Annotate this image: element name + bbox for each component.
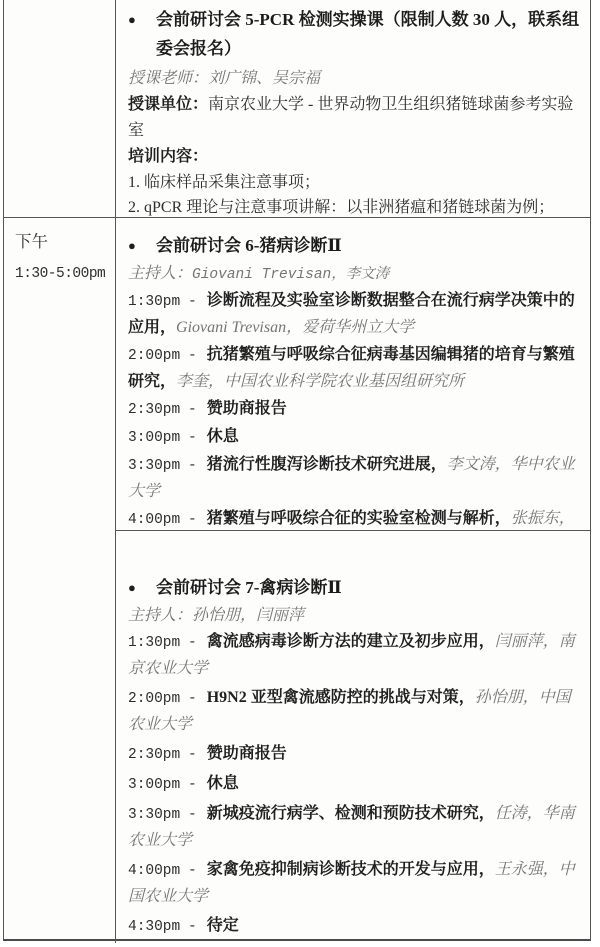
agenda-title: 猪繁殖与呼吸综合征的实验室检测与解析， [207, 510, 511, 527]
agenda-item: 4:00pm-猪繁殖与呼吸综合征的实验室检测与解析，张振东，扬州大学 [128, 506, 580, 531]
agenda-time: 2:00pm [128, 686, 182, 712]
agenda-time: 2:30pm [128, 742, 182, 768]
dash-separator: - [188, 512, 197, 528]
dash-separator: - [188, 458, 197, 474]
agenda-title: 禽流感病毒诊断方法的建立及初步应用， [207, 633, 495, 650]
agenda-item: 4:30pm-待定 [128, 913, 580, 940]
agenda-title: H9N2 亚型禽流感防控的挑战与对策， [207, 689, 475, 706]
afternoon-sessions-column: ● 会前研讨会 6-猪病诊断Ⅱ 主持人：Giovani Trevisan，李文涛… [116, 218, 590, 943]
workshop5-org-line: 授课单位：南京农业大学 - 世界动物卫生组织猪链球菌参考实验室 [128, 92, 580, 144]
agenda-speaker: Giovani Trevisan，爱荷华州立大学 [176, 319, 414, 336]
agenda-title: 猪流行性腹泻诊断技术研究进展， [207, 456, 447, 473]
bullet-icon: ● [128, 5, 156, 34]
dash-separator: - [188, 430, 197, 446]
agenda-title: 赞助商报告 [207, 400, 287, 417]
period-label: 下午 [15, 230, 109, 254]
agenda-title: 待定 [207, 917, 239, 934]
dash-separator: - [188, 635, 197, 651]
training-item: 1. 临床样品采集注意事项； [128, 170, 580, 195]
workshop6-title: 会前研讨会 6-猪病诊断Ⅱ [156, 231, 580, 260]
agenda-time: 3:30pm [128, 802, 182, 828]
workshop5-teachers-line: 授课老师：刘广锦、吴宗福 [128, 66, 580, 92]
schedule-row-pcr-workshop: ● 会前研讨会 5-PCR 检测实操课（限制人数 30 人，联系组委会报名） 授… [4, 0, 590, 218]
agenda-item: 1:30pm-诊断流程及实验室诊断数据整合在流行病学决策中的应用，Giovani… [128, 288, 580, 341]
workshop7-header: ● 会前研讨会 7-禽病诊断Ⅱ [128, 573, 580, 602]
workshop6-cell: ● 会前研讨会 6-猪病诊断Ⅱ 主持人：Giovani Trevisan，李文涛… [116, 218, 590, 531]
agenda-time: 3:00pm [128, 425, 182, 451]
workshop6-chairs-line: 主持人：Giovani Trevisan，李文涛 [128, 261, 580, 288]
workshop7-cell: ● 会前研讨会 7-禽病诊断Ⅱ 主持人：孙怡朋，闫丽萍 1:30pm-禽流感病毒… [116, 531, 590, 943]
dash-separator: - [188, 777, 197, 793]
workshop7-chairs-line: 主持人：孙怡朋，闫丽萍 [128, 603, 580, 629]
dash-separator: - [188, 691, 197, 707]
dash-separator: - [188, 348, 197, 364]
training-item: 2. qPCR 理论与注意事项讲解：以非洲猪瘟和猪链球菌为例； [128, 195, 580, 217]
dash-separator: - [188, 747, 197, 763]
agenda-speaker: 李奎，中国农业科学院农业基因组研究所 [176, 373, 464, 390]
agenda-title: 赞助商报告 [207, 745, 287, 762]
time-range-label: 1:30-5:00pm [15, 266, 109, 282]
agenda-title: 休息 [207, 428, 239, 445]
agenda-item: 2:00pm-抗猪繁殖与呼吸综合征病毒基因编辑猪的培育与繁殖研究，李奎，中国农业… [128, 342, 580, 395]
agenda-item: 3:30pm-新城疫流行病学、检测和预防技术研究，任涛，华南农业大学 [128, 801, 580, 854]
teacher-names: 刘广锦、吴宗福 [208, 70, 320, 87]
org-label: 授课单位： [128, 96, 208, 113]
agenda-time: 3:00pm [128, 772, 182, 798]
agenda-item: 3:00pm-休息 [128, 771, 580, 798]
dash-separator: - [188, 294, 197, 310]
agenda-time: 1:30pm [128, 289, 182, 315]
workshop6-content: ● 会前研讨会 6-猪病诊断Ⅱ 主持人：Giovani Trevisan，李文涛… [128, 218, 580, 531]
dash-separator: - [188, 402, 197, 418]
agenda-item: 4:00pm-家禽免疫抑制病诊断技术的开发与应用，王永强，中国农业大学 [128, 857, 580, 910]
agenda-item: 2:30pm-赞助商报告 [128, 741, 580, 768]
workshop7-title: 会前研讨会 7-禽病诊断Ⅱ [156, 573, 580, 602]
schedule-table: ● 会前研讨会 5-PCR 检测实操课（限制人数 30 人，联系组委会报名） 授… [3, 0, 591, 941]
agenda-item: 2:00pm-H9N2 亚型禽流感防控的挑战与对策，孙怡朋，中国农业大学 [128, 685, 580, 738]
agenda-item: 2:30pm-赞助商报告 [128, 396, 580, 423]
agenda-item: 3:30pm-猪流行性腹泻诊断技术研究进展，李文涛，华中农业大学 [128, 452, 580, 505]
agenda-title: 新城疫流行病学、检测和预防技术研究， [207, 805, 495, 822]
agenda-time: 3:30pm [128, 453, 182, 479]
workshop5-title: 会前研讨会 5-PCR 检测实操课（限制人数 30 人，联系组委会报名） [156, 5, 580, 63]
workshop5-content-label-line: 培训内容： [128, 144, 580, 170]
agenda-item: 1:30pm-禽流感病毒诊断方法的建立及初步应用，闫丽萍，南京农业大学 [128, 629, 580, 682]
teacher-label: 授课老师： [128, 70, 208, 87]
workshop5-header: ● 会前研讨会 5-PCR 检测实操课（限制人数 30 人，联系组委会报名） [128, 5, 580, 63]
dash-separator: - [188, 863, 197, 879]
agenda-time: 4:30pm [128, 914, 182, 940]
workshop6-header: ● 会前研讨会 6-猪病诊断Ⅱ [128, 231, 580, 260]
chair-names: Giovani Trevisan，李文涛 [192, 267, 389, 283]
afternoon-time-cell: 下午 1:30-5:00pm [4, 218, 116, 943]
dash-separator: - [188, 807, 197, 823]
document-page: { "glyphs": { "bullet": "●", "dash": "-"… [0, 0, 600, 947]
schedule-row-afternoon: 下午 1:30-5:00pm ● 会前研讨会 6-猪病诊断Ⅱ 主持人：Giova… [4, 218, 590, 943]
chair-names: 孙怡朋，闫丽萍 [192, 607, 304, 624]
content-label: 培训内容： [128, 148, 208, 165]
time-cell-empty [4, 0, 116, 217]
workshop5-cell: ● 会前研讨会 5-PCR 检测实操课（限制人数 30 人，联系组委会报名） 授… [116, 0, 590, 217]
agenda-item: 3:00pm-休息 [128, 424, 580, 451]
agenda-title: 休息 [207, 775, 239, 792]
dash-separator: - [188, 919, 197, 935]
agenda-time: 4:00pm [128, 858, 182, 884]
agenda-time: 1:30pm [128, 630, 182, 656]
agenda-time: 2:00pm [128, 343, 182, 369]
chair-label: 主持人： [128, 265, 192, 282]
agenda-title: 家禽免疫抑制病诊断技术的开发与应用， [207, 861, 495, 878]
agenda-time: 4:00pm [128, 507, 182, 531]
chair-label: 主持人： [128, 607, 192, 624]
bullet-icon: ● [128, 231, 156, 260]
bullet-icon: ● [128, 573, 156, 602]
agenda-time: 2:30pm [128, 397, 182, 423]
